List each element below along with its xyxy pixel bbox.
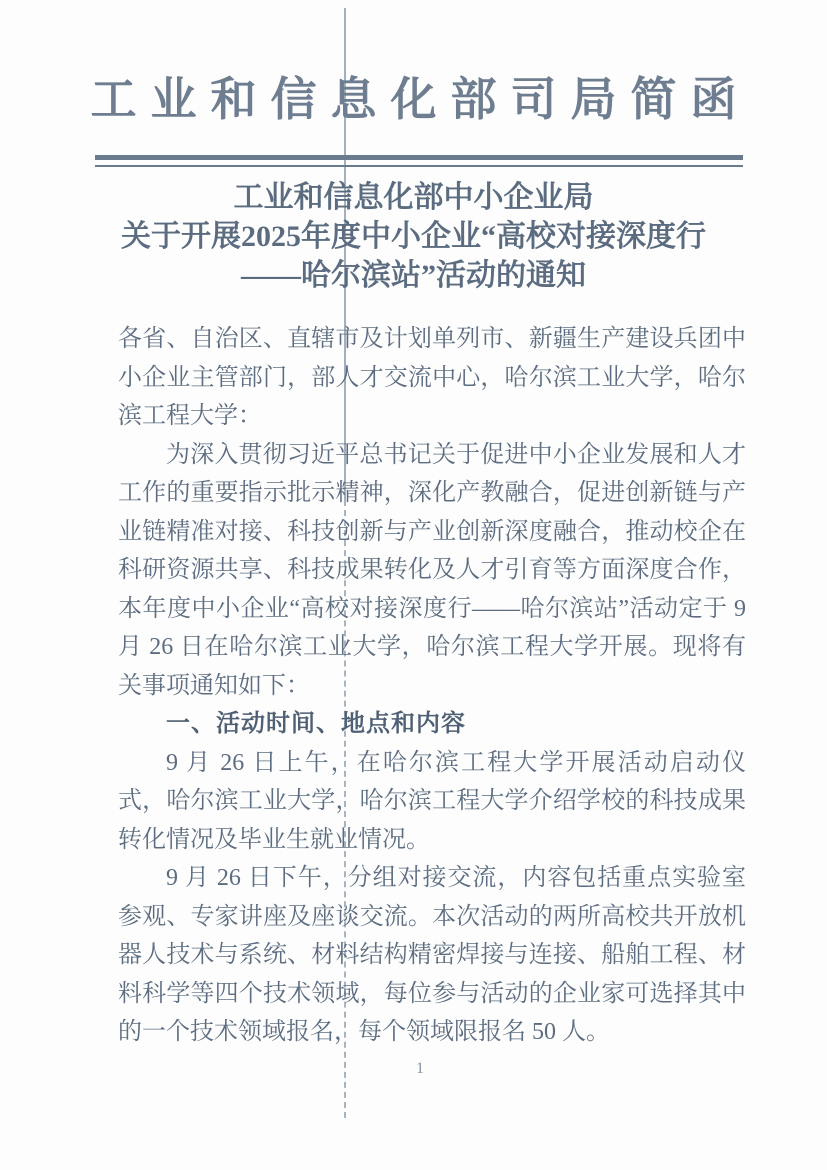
document-title-line-3: ——哈尔滨站”活动的通知 [60,256,767,295]
document-body: 各省、自治区、直辖市及计划单列市、新疆生产建设兵团中小企业主管部门，部人才交流中… [118,320,746,1052]
letterhead-divider [95,155,743,167]
recipient-line: 各省、自治区、直辖市及计划单列市、新疆生产建设兵团中小企业主管部门，部人才交流中… [118,320,746,436]
page-number: 1 [0,1058,827,1080]
section-heading-1: 一、活动时间、地点和内容 [118,705,746,744]
letterhead-title: 工业和信息化部司局简函 [0,72,827,128]
paragraph-intro: 为深入贯彻习近平总书记关于促进中小企业发展和人才工作的重要指示批示精神，深化产教… [118,436,746,706]
document-title-line-1: 工业和信息化部中小企业局 [60,178,767,217]
divider-thin-rule [95,165,743,167]
scanned-document-page: 工业和信息化部司局简函 工业和信息化部中小企业局 关于开展2025年度中小企业“… [0,0,827,1170]
paragraph-afternoon-schedule: 9 月 26 日下午，分组对接交流，内容包括重点实验室参观、专家讲座及座谈交流。… [118,859,746,1052]
document-title-line-2: 关于开展2025年度中小企业“高校对接深度行 [60,217,767,256]
divider-thick-rule [95,155,743,160]
document-title: 工业和信息化部中小企业局 关于开展2025年度中小企业“高校对接深度行 ——哈尔… [60,178,767,295]
paragraph-morning-schedule: 9 月 26 日上午，在哈尔滨工程大学开展活动启动仪式，哈尔滨工业大学，哈尔滨工… [118,744,746,860]
